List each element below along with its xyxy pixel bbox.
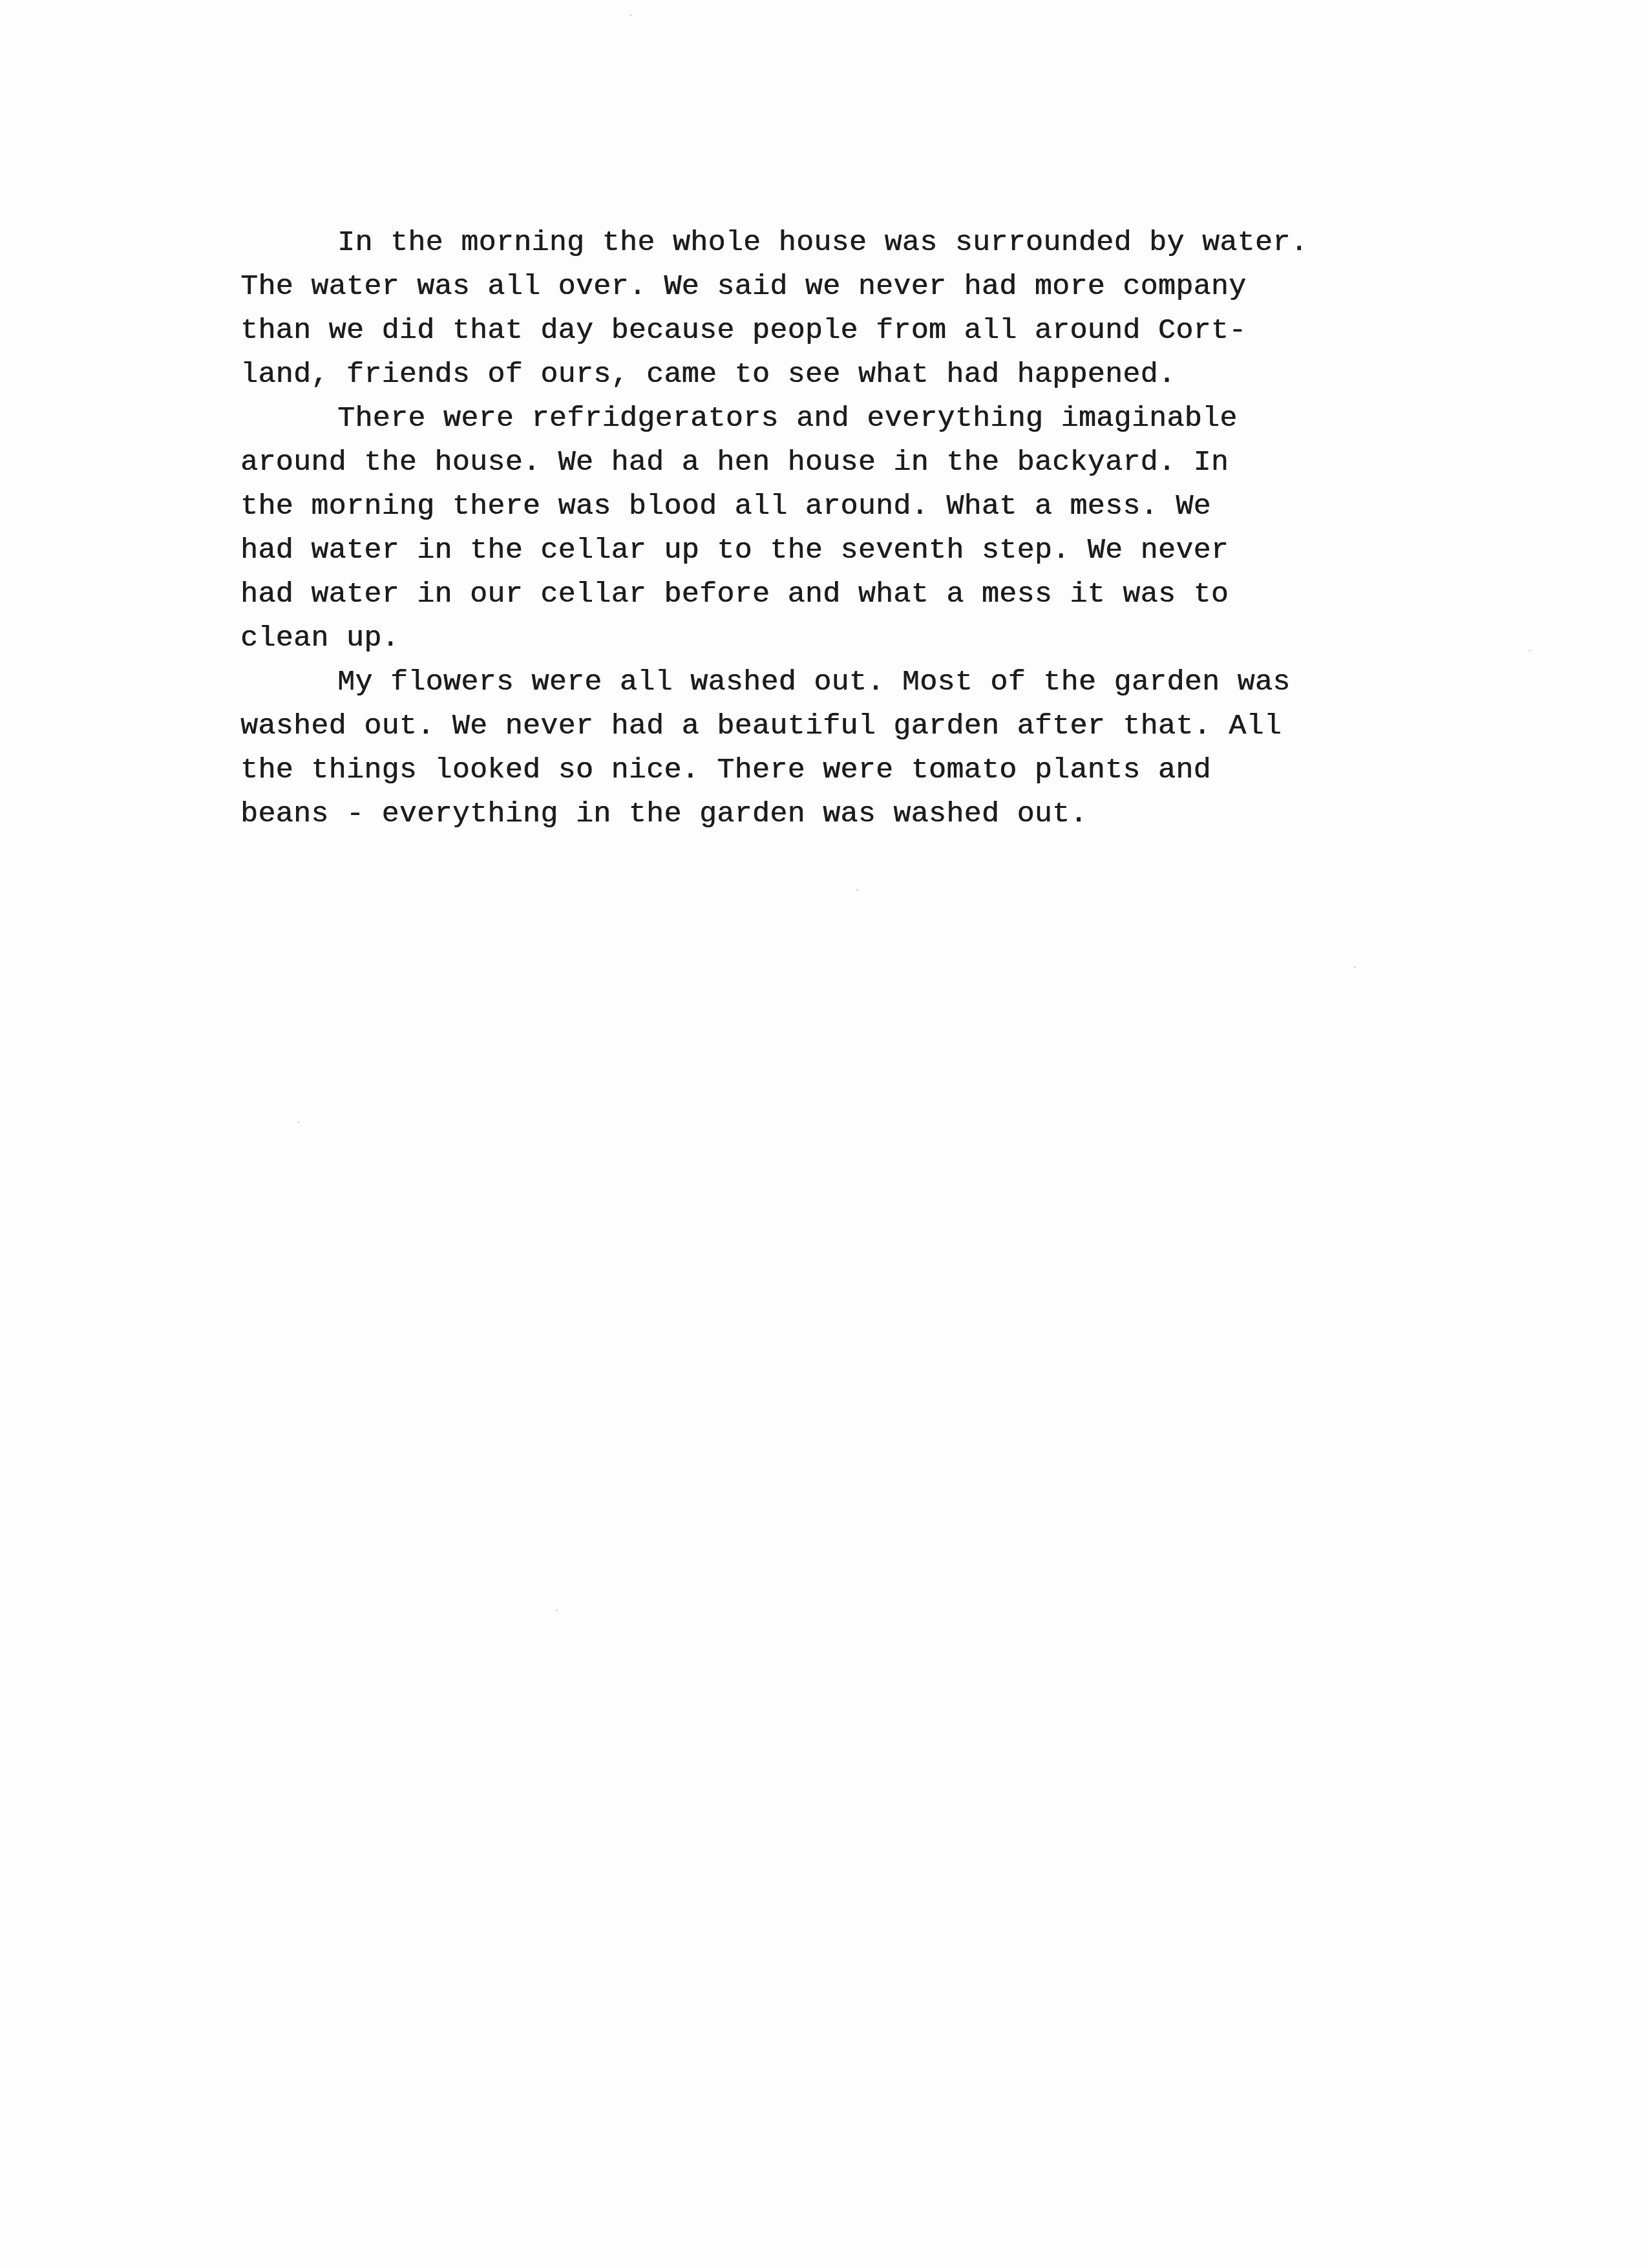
- text-line: My flowers were all washed out. Most of …: [240, 661, 1404, 705]
- text-line: There were refridgerators and everything…: [240, 397, 1404, 441]
- text-line: In the morning the whole house was surro…: [240, 221, 1404, 265]
- text-line: clean up.: [240, 617, 1404, 661]
- text-line: the morning there was blood all around. …: [240, 485, 1404, 529]
- text-line: had water in the cellar up to the sevent…: [240, 529, 1404, 573]
- scan-speck: [630, 14, 632, 16]
- text-line: around the house. We had a hen house in …: [240, 441, 1404, 485]
- text-line: had water in our cellar before and what …: [240, 573, 1404, 617]
- text-line: The water was all over. We said we never…: [240, 265, 1404, 309]
- text-line: beans - everything in the garden was was…: [240, 792, 1404, 836]
- paragraph-flood-morning: In the morning the whole house was surro…: [240, 221, 1404, 397]
- text-line: washed out. We never had a beautiful gar…: [240, 705, 1404, 748]
- typewritten-page: In the morning the whole house was surro…: [0, 0, 1648, 2268]
- scan-speck: [856, 889, 858, 891]
- scan-speck: [556, 1609, 558, 1611]
- scan-speck: [297, 1121, 299, 1123]
- text-line: than we did that day because people from…: [240, 309, 1404, 353]
- text-line: land, friends of ours, came to see what …: [240, 353, 1404, 397]
- text-line: the things looked so nice. There were to…: [240, 748, 1404, 792]
- paragraph-cellar: There were refridgerators and everything…: [240, 397, 1404, 661]
- document-body: In the morning the whole house was surro…: [240, 221, 1404, 836]
- paragraph-garden: My flowers were all washed out. Most of …: [240, 661, 1404, 836]
- scan-speck: [1354, 966, 1356, 968]
- scan-speck: [1528, 650, 1530, 652]
